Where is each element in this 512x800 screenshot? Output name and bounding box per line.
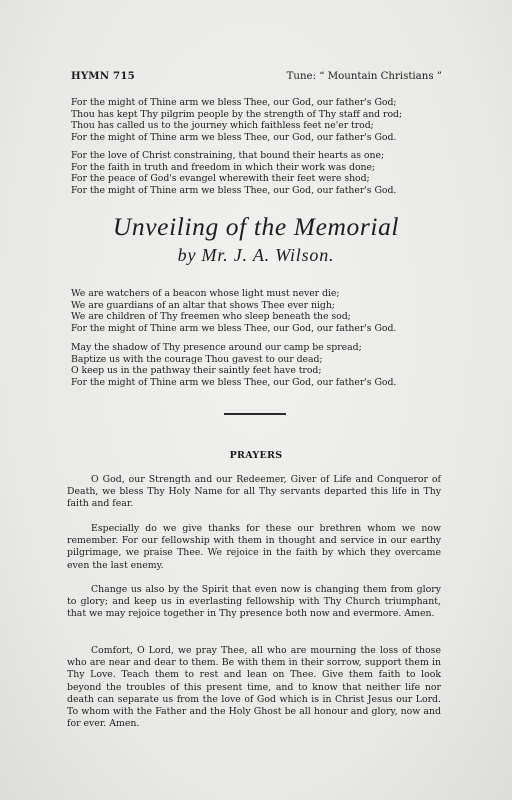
hymn-stanza-1: For the might of Thine arm we bless Thee…	[71, 97, 451, 144]
prayer-paragraph: O God, our Strength and our Redeemer, Gi…	[67, 474, 441, 511]
hymn-header: HYMN 715 Tune: “ Mountain Christians ”	[71, 70, 442, 82]
section-divider	[224, 413, 286, 415]
hymn-number: HYMN 715	[71, 70, 135, 82]
stanza-line: Baptize us with the courage Thou gavest …	[71, 354, 451, 366]
stanza-line: For the love of Christ constraining, tha…	[71, 150, 451, 162]
stanza-line: For the faith in truth and freedom in wh…	[71, 162, 451, 174]
stanza-line: We are children of Thy freemen who sleep…	[71, 311, 451, 323]
prayer-paragraph: Especially do we give thanks for these o…	[67, 523, 441, 572]
section-title: Unveiling of the Memorial	[0, 212, 512, 242]
prayers-heading: PRAYERS	[0, 450, 512, 461]
stanza-line: May the shadow of Thy presence around ou…	[71, 342, 451, 354]
stanza-line: For the might of Thine arm we bless Thee…	[71, 97, 451, 109]
prayer-paragraph: Comfort, O Lord, we pray Thee, all who a…	[67, 645, 441, 730]
hymn-stanza-2: For the love of Christ constraining, tha…	[71, 150, 451, 197]
hymn-tune: Tune: “ Mountain Christians ”	[287, 71, 442, 82]
document-page: HYMN 715 Tune: “ Mountain Christians ” F…	[0, 0, 512, 800]
stanza-line: For the might of Thine arm we bless Thee…	[71, 132, 451, 144]
stanza-line: We are guardians of an altar that shows …	[71, 300, 451, 312]
stanza-line: Thou has called us to the journey which …	[71, 120, 451, 132]
stanza-line: We are watchers of a beacon whose light …	[71, 288, 451, 300]
stanza-line: Thou has kept Thy pilgrim people by the …	[71, 109, 451, 121]
prayer-paragraph: Change us also by the Spirit that even n…	[67, 584, 441, 621]
unveiling-stanza-1: We are watchers of a beacon whose light …	[71, 288, 451, 335]
unveiling-stanza-2: May the shadow of Thy presence around ou…	[71, 342, 451, 389]
stanza-line: For the might of Thine arm we bless Thee…	[71, 185, 451, 197]
stanza-line: For the might of Thine arm we bless Thee…	[71, 377, 451, 389]
stanza-line: O keep us in the pathway their saintly f…	[71, 365, 451, 377]
section-byline: by Mr. J. A. Wilson.	[0, 245, 512, 266]
stanza-line: For the might of Thine arm we bless Thee…	[71, 323, 451, 335]
stanza-line: For the peace of God's evangel wherewith…	[71, 173, 451, 185]
